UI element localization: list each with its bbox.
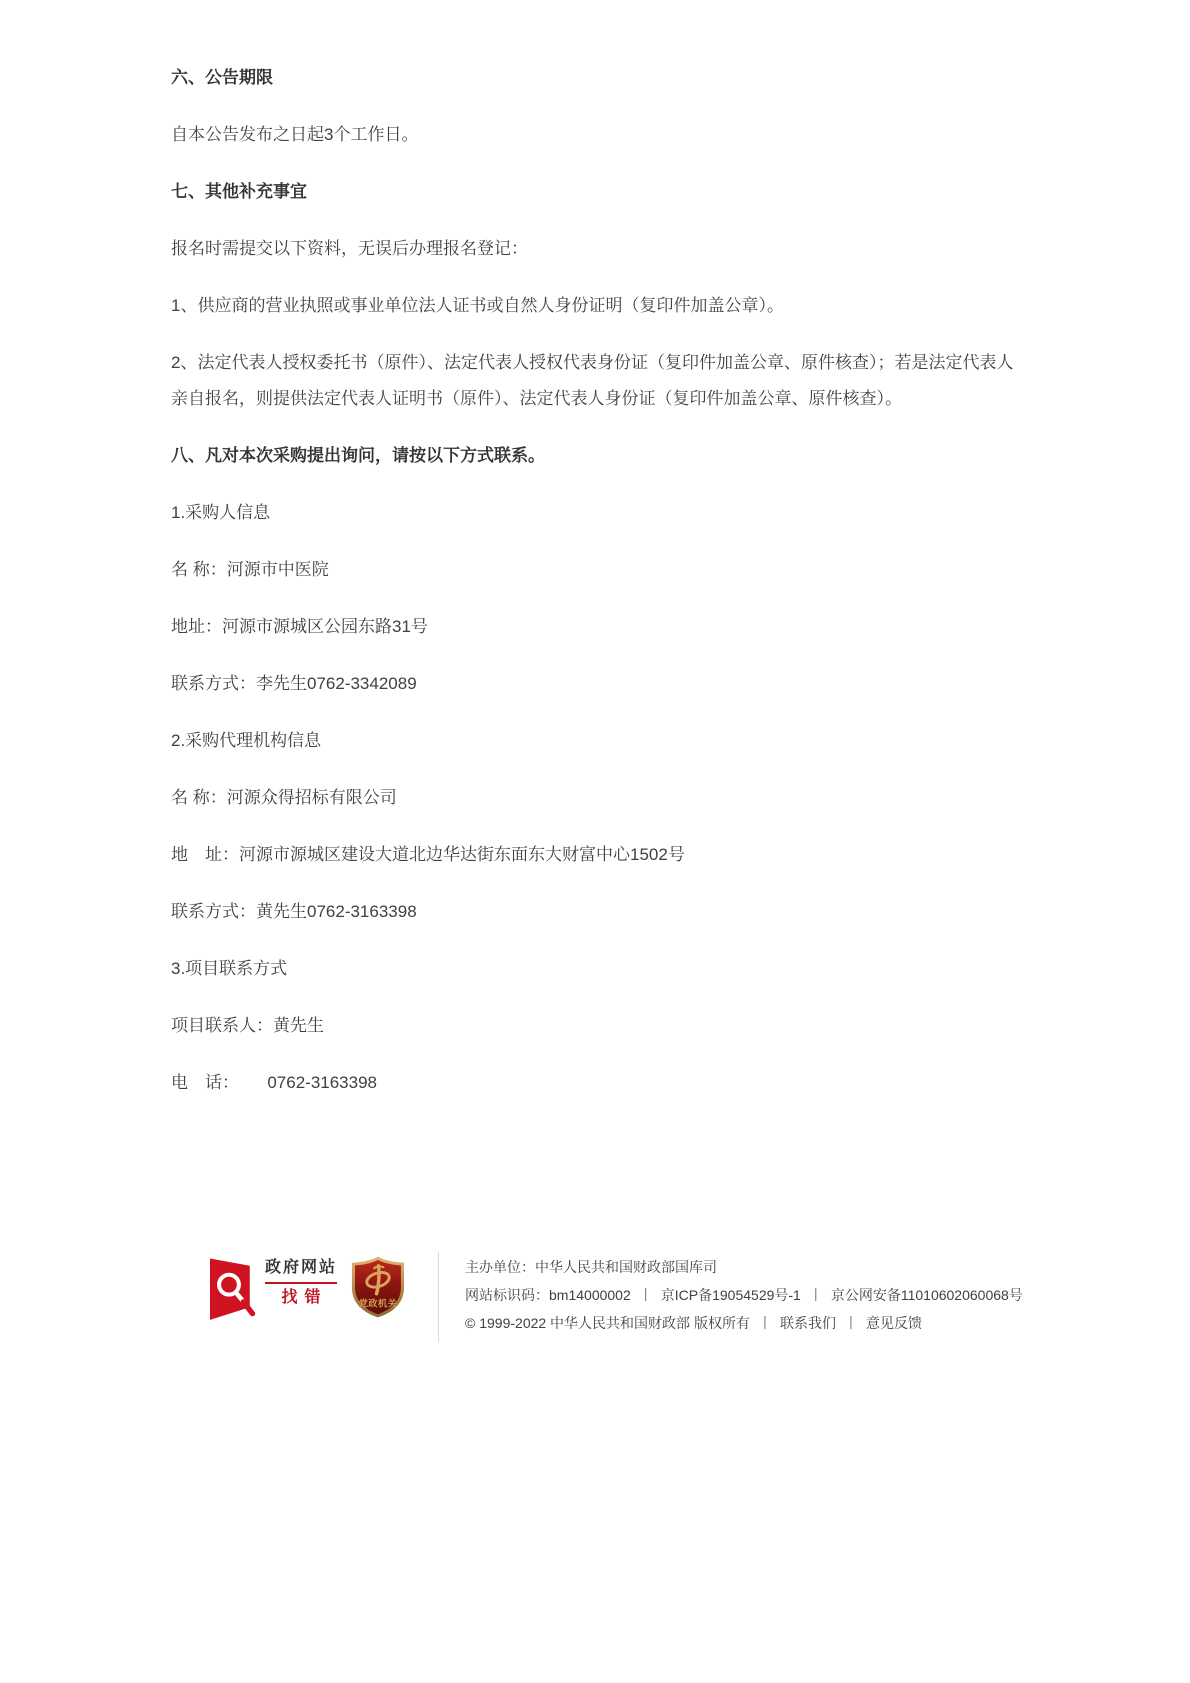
footer-copyright-line: © 1999-2022 中华人民共和国财政部 版权所有丨联系我们丨意见反馈 (465, 1309, 1023, 1337)
footer-separator: 丨 (758, 1315, 772, 1331)
paragraph-project-contact-person: 项目联系人：黄先生 (171, 1008, 1023, 1044)
footer-host-line: 主办单位：中华人民共和国财政部国库司 (465, 1253, 1023, 1281)
footer-site-code-label: 网站标识码： (465, 1287, 549, 1303)
section-heading-announcement-period: 六、公告期限 (171, 60, 1023, 96)
footer-police-link[interactable]: 京公网安备11010602060068号 (831, 1287, 1023, 1303)
error-badge-subtitle: 找错 (275, 1287, 328, 1309)
site-error-report-badge[interactable]: 政府网站 找错 (210, 1257, 337, 1325)
announcement-body: 六、公告期限 自本公告发布之日起3个工作日。 七、其他补充事宜 报名时需提交以下… (0, 0, 1023, 1101)
footer-separator: 丨 (844, 1315, 858, 1331)
footer-separator: 丨 (809, 1287, 823, 1303)
paragraph-agency-address: 地 址：河源市源城区建设大道北边华达街东面东大财富中心1502号 (171, 837, 1023, 873)
paragraph-requirement-1: 1、供应商的营业执照或事业单位法人证书或自然人身份证明（复印件加盖公章）。 (171, 288, 1023, 324)
footer-feedback-link[interactable]: 意见反馈 (866, 1315, 922, 1331)
footer-host-label: 主办单位： (465, 1259, 535, 1275)
paragraph-purchaser-info-title: 1.采购人信息 (171, 495, 1023, 531)
section-heading-contact: 八、凡对本次采购提出询问，请按以下方式联系。 (171, 438, 1023, 474)
paragraph-agency-info-title: 2.采购代理机构信息 (171, 723, 1023, 759)
footer-contact-us-link[interactable]: 联系我们 (780, 1315, 836, 1331)
paragraph-purchaser-address: 地址：河源市源城区公园东路31号 (171, 609, 1023, 645)
error-badge-text: 政府网站 找错 (265, 1257, 337, 1309)
error-badge-title: 政府网站 (265, 1257, 337, 1284)
party-gov-badge-label: 党政机关 (359, 1297, 398, 1308)
footer-info: 主办单位：中华人民共和国财政部国库司 网站标识码：bm14000002丨京ICP… (465, 1253, 1023, 1337)
paragraph-project-phone: 电 话： 0762-3163398 (171, 1065, 1023, 1101)
section-heading-supplementary: 七、其他补充事宜 (171, 174, 1023, 210)
footer-badges: 政府网站 找错 (210, 1255, 405, 1325)
footer-site-code-value: bm14000002 (549, 1287, 631, 1303)
paragraph-announcement-period: 自本公告发布之日起3个工作日。 (171, 117, 1023, 153)
paragraph-agency-contact: 联系方式：黄先生0762-3163398 (171, 894, 1023, 930)
footer-divider (438, 1252, 439, 1342)
paragraph-registration-intro: 报名时需提交以下资料，无误后办理报名登记： (171, 231, 1023, 267)
footer-icp-link[interactable]: 京ICP备19054529号-1 (661, 1287, 801, 1303)
paragraph-project-contact-title: 3.项目联系方式 (171, 951, 1023, 987)
footer-copyright-text: © 1999-2022 中华人民共和国财政部 版权所有 (465, 1315, 750, 1331)
magnifier-flag-icon (210, 1257, 257, 1325)
party-gov-shield-icon: 党政机关 (351, 1256, 405, 1318)
party-gov-badge[interactable]: 党政机关 (351, 1256, 405, 1323)
paragraph-purchaser-name: 名 称：河源市中医院 (171, 552, 1023, 588)
footer-host-value: 中华人民共和国财政部国库司 (535, 1259, 717, 1275)
page-footer: 政府网站 找错 (0, 1122, 1190, 1342)
paragraph-purchaser-contact: 联系方式：李先生0762-3342089 (171, 666, 1023, 702)
paragraph-requirement-2: 2、法定代表人授权委托书（原件）、法定代表人授权代表身份证（复印件加盖公章、原件… (171, 345, 1023, 417)
paragraph-agency-name: 名 称：河源众得招标有限公司 (171, 780, 1023, 816)
footer-separator: 丨 (639, 1287, 653, 1303)
footer-site-code-line: 网站标识码：bm14000002丨京ICP备19054529号-1丨京公网安备1… (465, 1281, 1023, 1309)
announcement-page: 六、公告期限 自本公告发布之日起3个工作日。 七、其他补充事宜 报名时需提交以下… (0, 0, 1190, 1683)
